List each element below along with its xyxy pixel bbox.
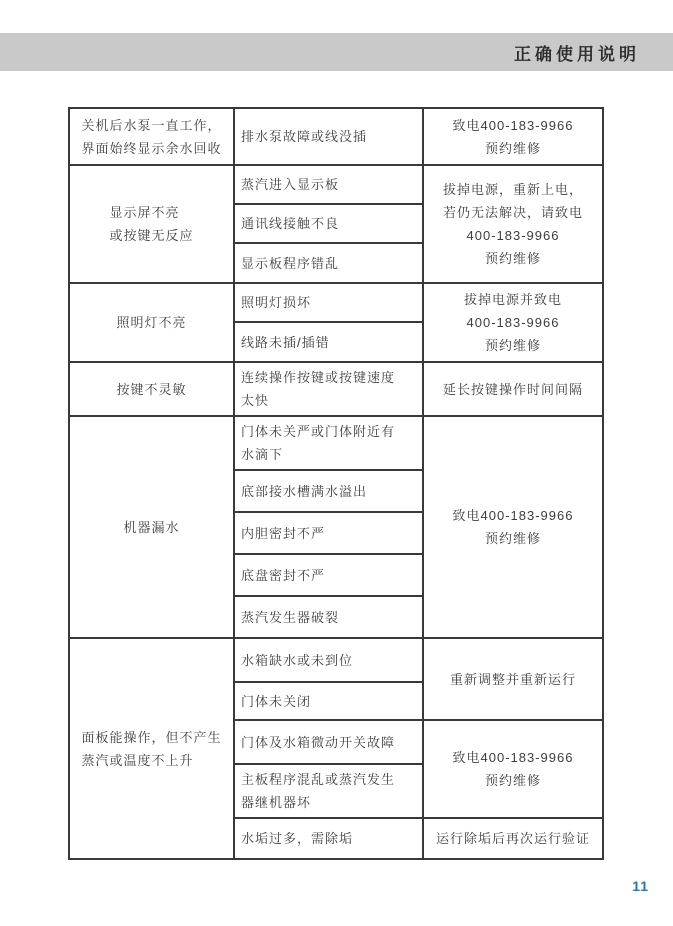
manual-page: 正确使用说明 关机后水泵一直工作， 界面始终显示余水回收 排水泵故障或线没插 致… [0, 0, 673, 926]
problem-text: 显示屏不亮 或按键无反应 [109, 201, 193, 247]
cause-cell: 门体及水箱微动开关故障 [234, 720, 423, 764]
cause-cell: 内胆密封不严 [234, 512, 423, 554]
remedy-cell: 拔掉电源，重新上电， 若仍无法解决，请致电 400-183-9966 预约维修 [423, 165, 603, 283]
cause-cell: 线路未插/插错 [234, 322, 423, 362]
problem-cell: 按键不灵敏 [69, 362, 234, 416]
remedy-cell: 运行除垢后再次运行验证 [423, 818, 603, 859]
remedy-cell: 重新调整并重新运行 [423, 638, 603, 720]
problem-text: 机器漏水 [123, 516, 179, 539]
cause-cell: 连续操作按键或按键速度 太快 [234, 362, 423, 416]
table-row: 按键不灵敏 连续操作按键或按键速度 太快 延长按键操作时间间隔 [69, 362, 603, 416]
problem-text: 照明灯不亮 [116, 311, 186, 334]
cause-cell: 通讯线接触不良 [234, 204, 423, 243]
problem-cell: 机器漏水 [69, 416, 234, 638]
remedy-cell: 致电400-183-9966 预约维修 [423, 720, 603, 818]
cause-cell: 水箱缺水或未到位 [234, 638, 423, 682]
problem-text: 按键不灵敏 [116, 378, 186, 401]
cause-cell: 蒸汽进入显示板 [234, 165, 423, 204]
cause-cell: 主板程序混乱或蒸汽发生 器继机器坏 [234, 764, 423, 818]
problem-cell: 显示屏不亮 或按键无反应 [69, 165, 234, 283]
remedy-cell: 拔掉电源并致电 400-183-9966 预约维修 [423, 283, 603, 362]
table-row: 机器漏水 门体未关严或门体附近有 水滴下 致电400-183-9966 预约维修 [69, 416, 603, 470]
cause-cell: 排水泵故障或线没插 [234, 108, 423, 165]
cause-cell: 水垢过多，需除垢 [234, 818, 423, 859]
page-number: 11 [632, 878, 649, 894]
problem-cell: 面板能操作，但不产生 蒸汽或温度不上升 [69, 638, 234, 859]
cause-cell: 蒸汽发生器破裂 [234, 596, 423, 638]
problem-text: 面板能操作，但不产生 蒸汽或温度不上升 [81, 726, 221, 772]
table-row: 关机后水泵一直工作， 界面始终显示余水回收 排水泵故障或线没插 致电400-18… [69, 108, 603, 165]
cause-cell: 底盘密封不严 [234, 554, 423, 596]
cause-cell: 显示板程序错乱 [234, 243, 423, 283]
cause-cell: 门体未关严或门体附近有 水滴下 [234, 416, 423, 470]
cause-cell: 照明灯损坏 [234, 283, 423, 322]
cause-cell: 底部接水槽满水溢出 [234, 470, 423, 512]
table-row: 照明灯不亮 照明灯损坏 拔掉电源并致电 400-183-9966 预约维修 [69, 283, 603, 322]
problem-cell: 照明灯不亮 [69, 283, 234, 362]
cause-cell: 门体未关闭 [234, 682, 423, 720]
problem-cell: 关机后水泵一直工作， 界面始终显示余水回收 [69, 108, 234, 165]
remedy-cell: 致电400-183-9966 预约维修 [423, 108, 603, 165]
page-title: 正确使用说明 [514, 40, 640, 65]
remedy-cell: 延长按键操作时间间隔 [423, 362, 603, 416]
remedy-cell: 致电400-183-9966 预约维修 [423, 416, 603, 638]
header-bar: 正确使用说明 [0, 33, 673, 71]
problem-text: 关机后水泵一直工作， 界面始终显示余水回收 [81, 114, 221, 160]
table-row: 面板能操作，但不产生 蒸汽或温度不上升 水箱缺水或未到位 重新调整并重新运行 [69, 638, 603, 682]
troubleshooting-table: 关机后水泵一直工作， 界面始终显示余水回收 排水泵故障或线没插 致电400-18… [68, 107, 604, 860]
table-row: 显示屏不亮 或按键无反应 蒸汽进入显示板 拔掉电源，重新上电， 若仍无法解决，请… [69, 165, 603, 204]
